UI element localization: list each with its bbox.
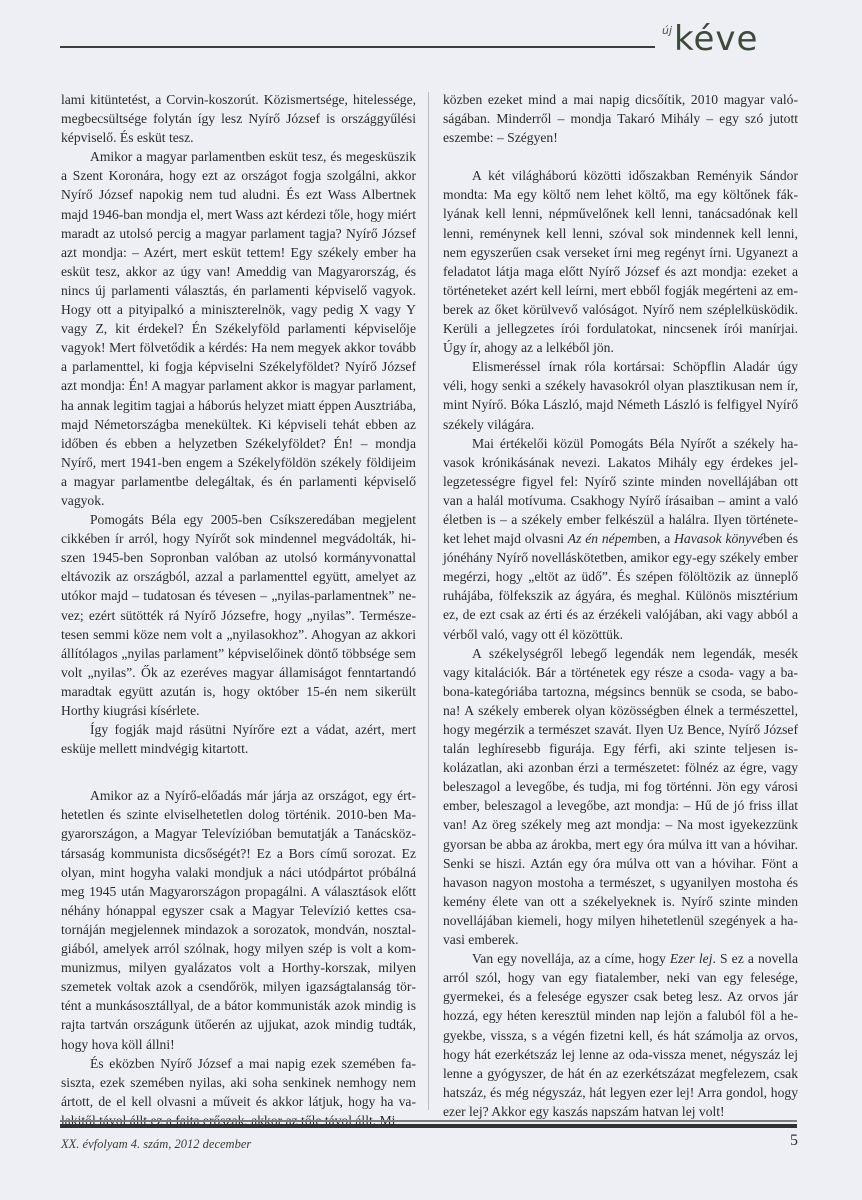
text-run: . S ez a novel­la arról szól, hogy van e… — [443, 951, 798, 1119]
magazine-logo: új kéve — [662, 14, 758, 64]
paragraph: Így fogják majd rásütni Nyírőre ezt a vá… — [61, 720, 416, 758]
issue-info: XX. évfolyam 4. szám, 2012 december — [61, 1137, 251, 1152]
story-title: Ezer lej — [670, 951, 713, 966]
header-rule — [60, 46, 655, 48]
page-number: 5 — [790, 1132, 798, 1150]
paragraph: Van egy novellája, az a címe, hogy Ezer … — [443, 949, 798, 1121]
text-run: ben, a — [637, 531, 674, 546]
paragraph: Mai értékelői közül Pomogáts Béla Nyírőt… — [443, 434, 798, 644]
paragraph: közben ezeket mind a mai napig dicsőítik… — [443, 90, 798, 147]
paragraph: Amikor a magyar parlamentben esküt tesz,… — [61, 147, 416, 510]
book-title: Havasok könyvé — [674, 531, 763, 546]
logo-prefix: új — [662, 24, 672, 37]
text-run: Van egy novellája, az a címe, hogy — [472, 951, 670, 966]
article-body: lami kitüntetést, a Corvin-koszorút. Köz… — [61, 90, 798, 1110]
book-title: Az én népem — [568, 531, 638, 546]
text-run: Mai értékelői közül Pomogáts Béla Nyírőt… — [443, 436, 798, 546]
paragraph: És eközben Nyírő József a mai napig ezek… — [61, 1054, 416, 1130]
left-column: lami kitüntetést, a Corvin-koszorút. Köz… — [61, 90, 416, 1110]
paragraph: A két világháború közötti időszakban Rem… — [443, 166, 798, 357]
paragraph: lami kitüntetést, a Corvin-koszorút. Köz… — [61, 90, 416, 147]
paragraph: A székelységről lebegő legendák nem lege… — [443, 644, 798, 950]
paragraph: Elismeréssel írnak róla kortársai: Schöp… — [443, 357, 798, 433]
paragraph: Pomogáts Béla egy 2005-ben Csíkszeredába… — [61, 510, 416, 720]
footer-rule-thick — [60, 1124, 797, 1128]
paragraph: Amikor az a Nyírő-előadás már járja az o… — [61, 786, 416, 1053]
right-column: közben ezeket mind a mai napig dicsőítik… — [443, 90, 798, 1110]
footer-rule — [60, 1120, 797, 1122]
logo-title: kéve — [674, 22, 758, 56]
text-run: ben és jónéhány Nyírő novelláskötetben, … — [443, 531, 798, 641]
